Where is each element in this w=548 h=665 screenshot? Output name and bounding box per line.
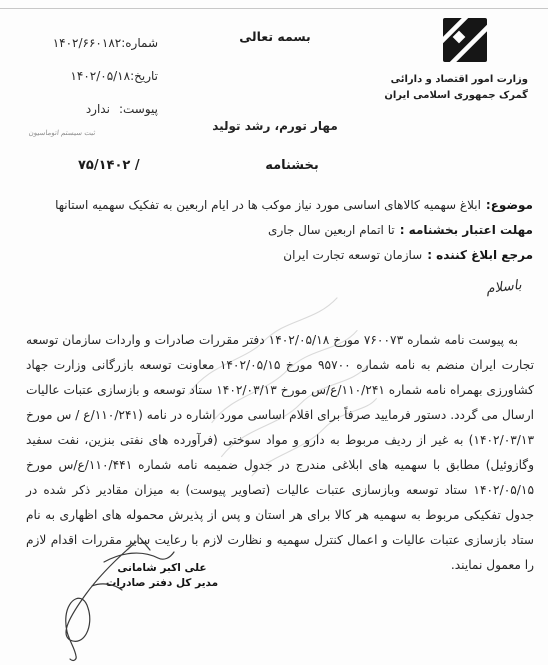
letter-number-label: شماره:	[121, 36, 158, 50]
letter-date-value: ۱۴۰۲/۰۵/۱۸	[70, 60, 130, 93]
scanned-letter-page: شماره:۱۴۰۲/۶۶۰۱۸۲ تاریخ:۱۴۰۲/۰۵/۱۸ پیوست…	[0, 0, 548, 665]
issuer-text: سازمان توسعه تجارت ایران	[283, 248, 422, 262]
ministry-name: وزارت امور اقتصاد و دارائی	[402, 72, 528, 88]
circular-number: ۷۵/۱۴۰۲ /	[78, 158, 158, 173]
issuer-label: مرجع ابلاغ کننده :	[427, 248, 533, 262]
letter-number-row: شماره:۱۴۰۲/۶۶۰۱۸۲	[18, 27, 158, 60]
customs-emblem-icon	[402, 15, 528, 65]
customs-name: گمرک جمهوری اسلامی ایران	[402, 88, 528, 104]
signature-scribble-icon	[44, 534, 184, 665]
validity-row: مهلت اعتبار بخشنامه :تا اتمام اربعین سال…	[30, 218, 533, 243]
year-slogan: مهار تورم، رشد تولید	[198, 119, 352, 133]
subject-label: موضوع:	[486, 198, 533, 212]
org-header-block: وزارت امور اقتصاد و دارائی گمرک جمهوری ا…	[402, 15, 528, 104]
letter-meta-block: شماره:۱۴۰۲/۶۶۰۱۸۲ تاریخ:۱۴۰۲/۰۵/۱۸ پیوست…	[18, 27, 158, 126]
automation-registration-note: ثبت سیستم اتوماسیون	[16, 129, 109, 137]
circular-title: بخشنامه	[256, 158, 328, 173]
letter-date-row: تاریخ:۱۴۰۲/۰۵/۱۸	[18, 60, 158, 93]
top-rule-divider	[0, 8, 548, 9]
issuer-row: مرجع ابلاغ کننده :سازمان توسعه تجارت ایر…	[30, 243, 533, 268]
subject-text: ابلاغ سهمیه کالاهای اساسی مورد نیاز موکب…	[55, 198, 481, 212]
validity-text: تا اتمام اربعین سال جاری	[268, 223, 395, 237]
letter-attachment-value: ندارد	[86, 93, 110, 126]
subject-block: موضوع:ابلاغ سهمیه کالاهای اساسی مورد نیا…	[30, 193, 533, 268]
validity-label: مهلت اعتبار بخشنامه :	[400, 223, 533, 237]
letter-attachment-label: پیوست:	[119, 102, 158, 116]
besmele-heading: بسمه تعالی	[222, 29, 328, 44]
subject-row: موضوع:ابلاغ سهمیه کالاهای اساسی مورد نیا…	[30, 193, 533, 218]
handwritten-greeting: باسلام	[486, 277, 523, 297]
letter-number-value: ۱۴۰۲/۶۶۰۱۸۲	[53, 27, 122, 60]
letter-attachment-row: پیوست:ندارد	[18, 93, 158, 126]
letter-date-label: تاریخ:	[130, 69, 158, 83]
